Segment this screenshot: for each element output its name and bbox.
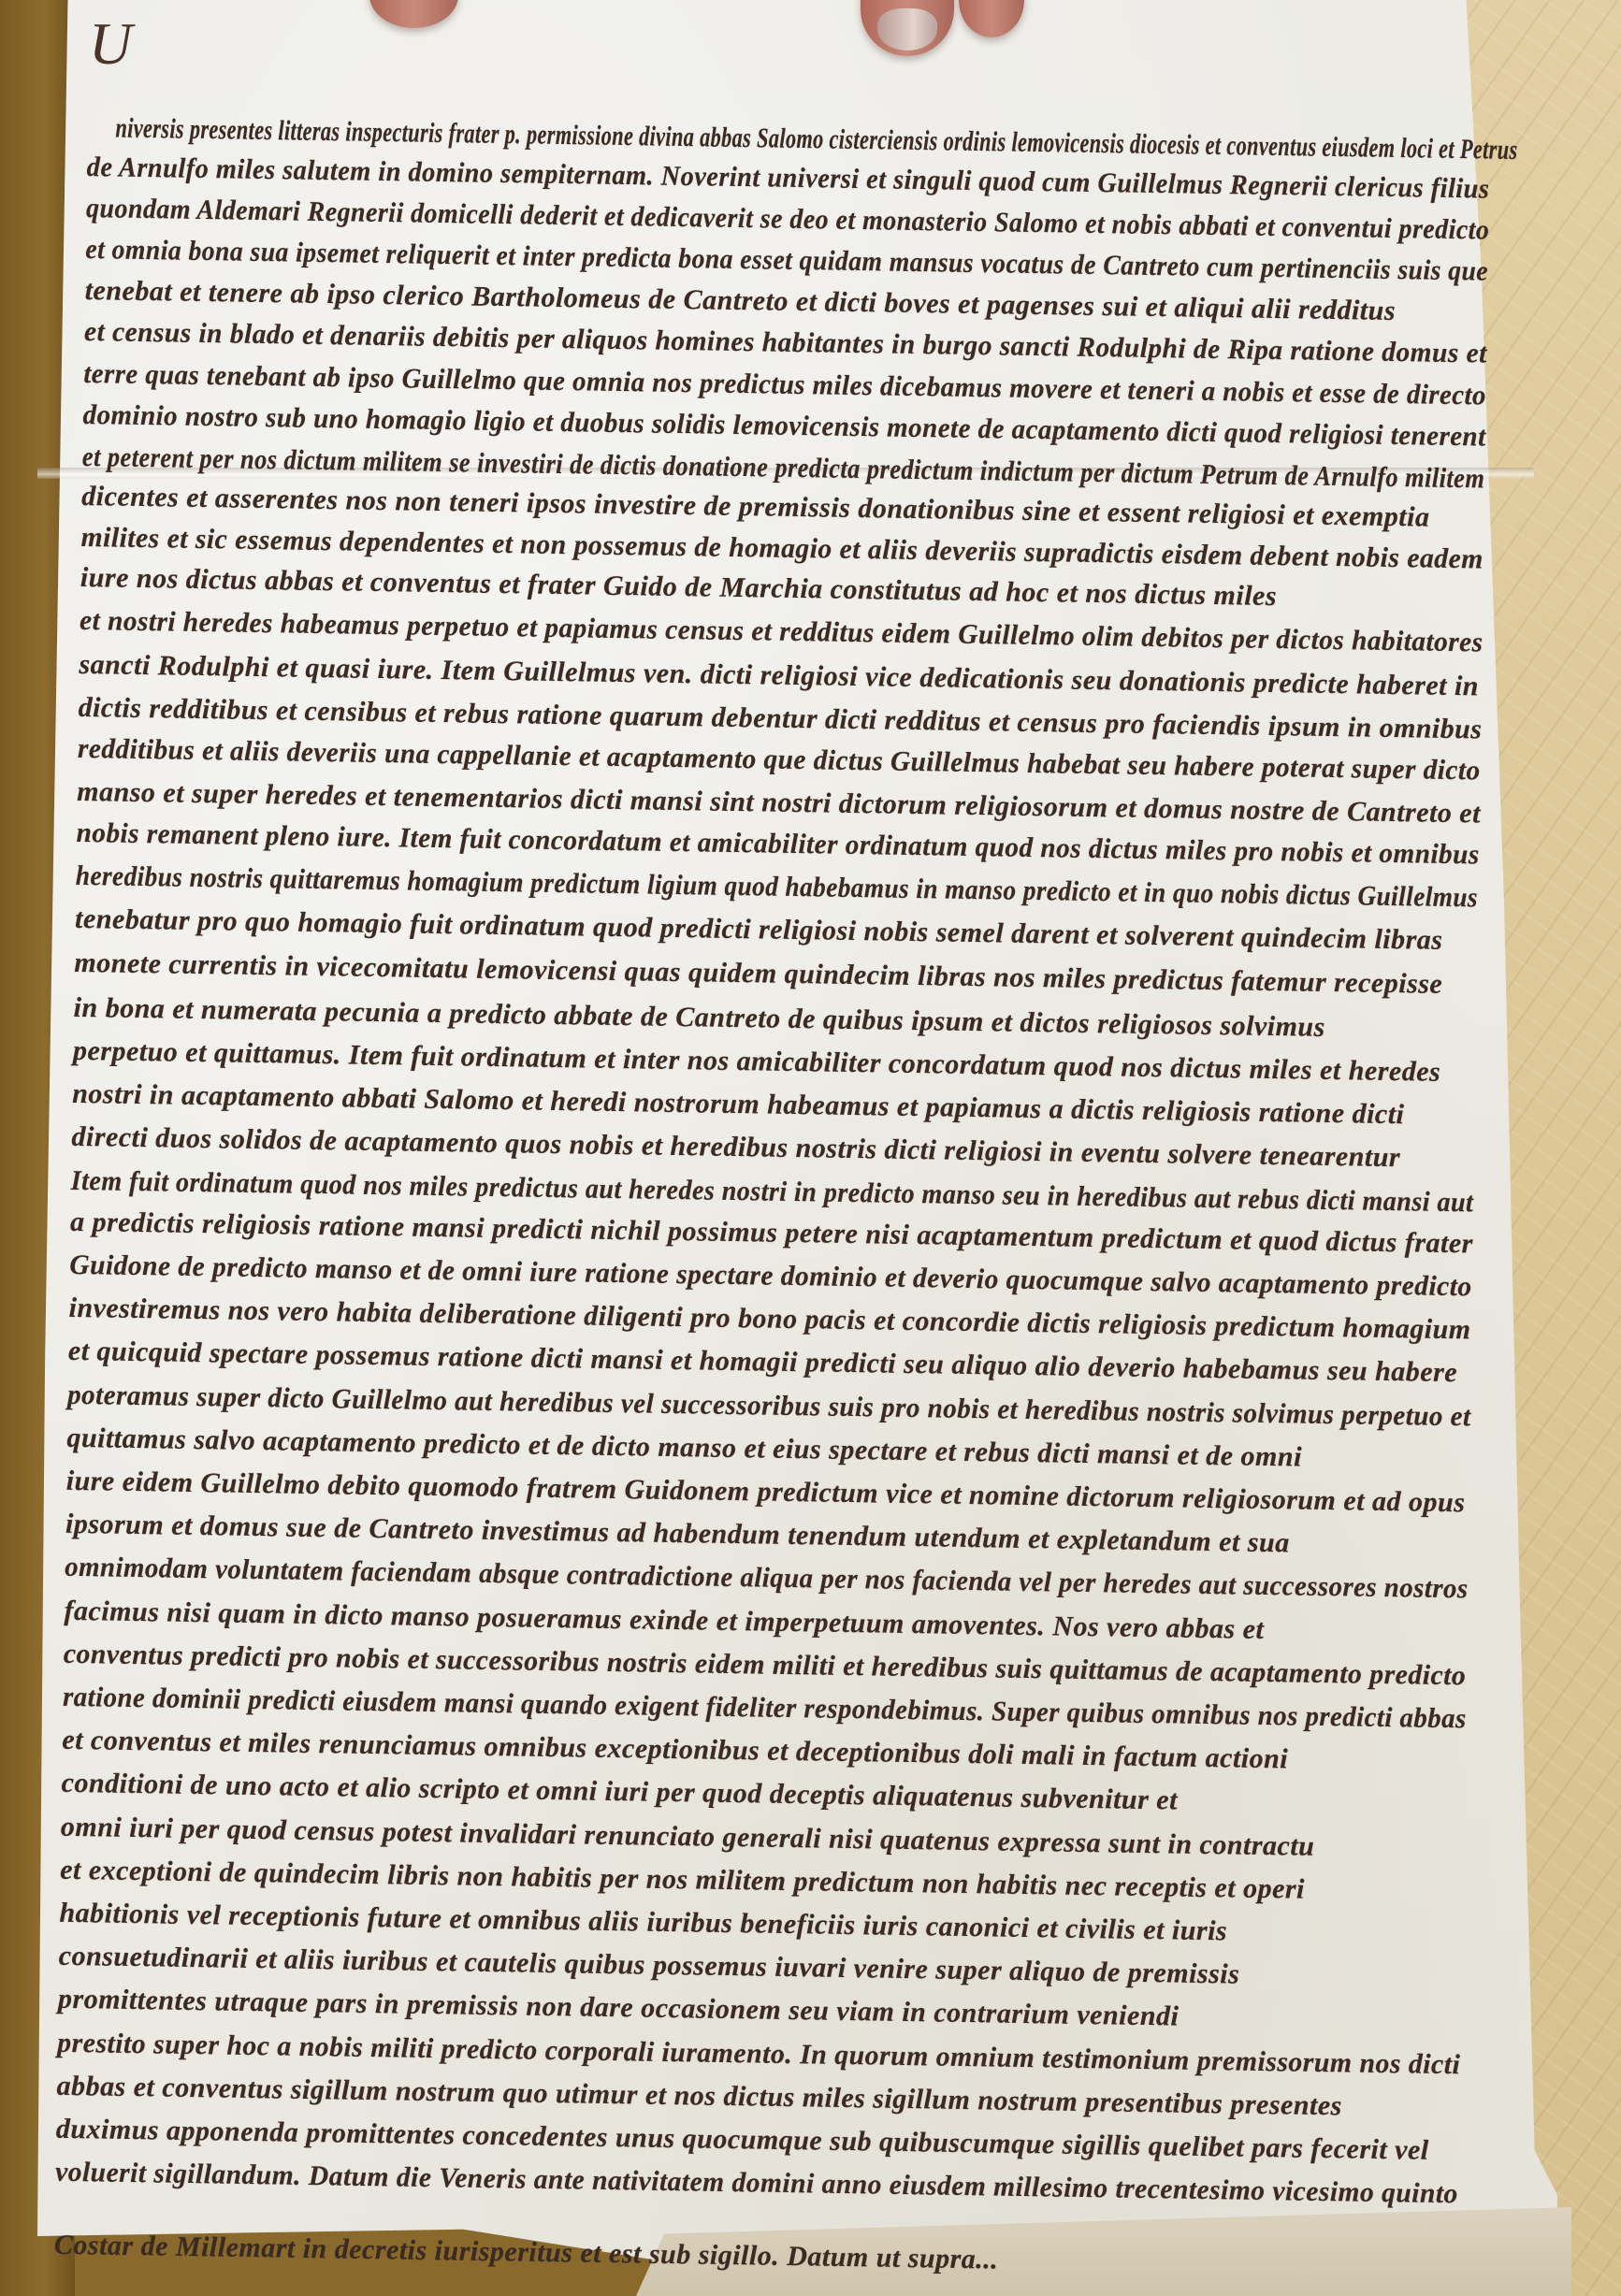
- decorated-initial: U: [89, 9, 132, 79]
- fingernail: [877, 8, 937, 51]
